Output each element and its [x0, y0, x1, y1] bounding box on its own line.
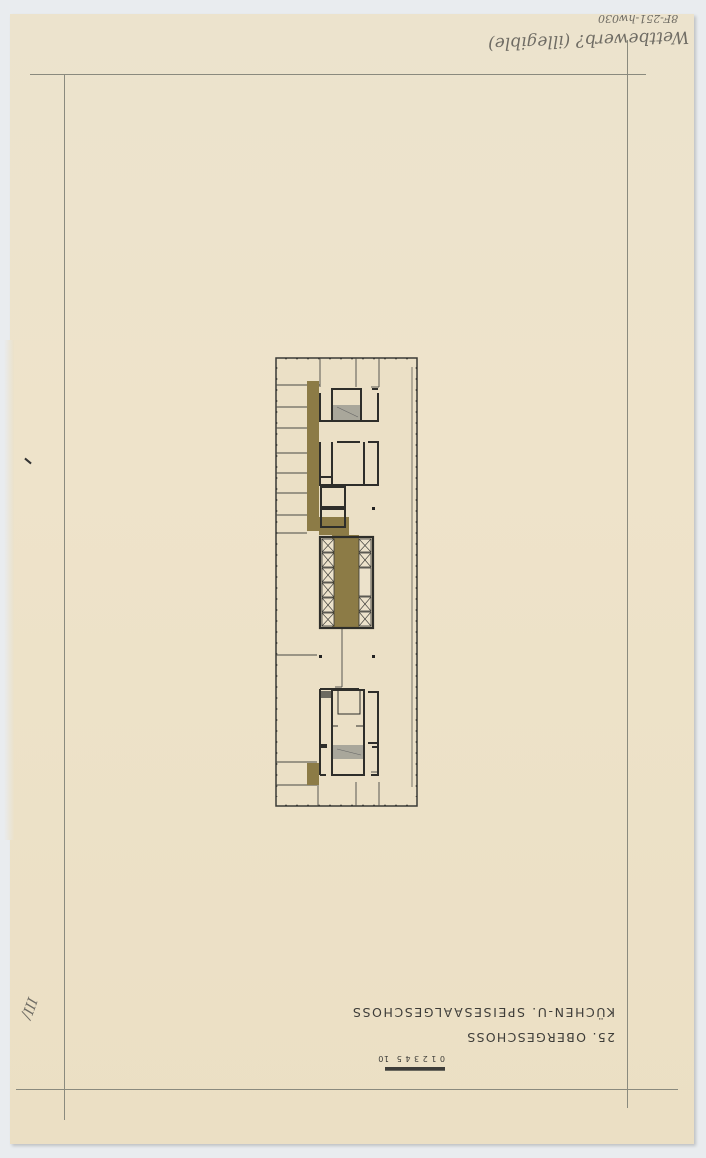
scale-bar-end-label: 10 — [378, 1054, 389, 1063]
title-block: 0 1 2 3 4 5 10 25. OBERGESCHOSS KÜCHEN-U… — [375, 1000, 615, 1075]
frame-line-left — [64, 74, 65, 1120]
scale-bar: 0 1 2 3 4 5 10 — [375, 1045, 445, 1075]
frame-line-bottom — [16, 1089, 678, 1090]
handwritten-archive-number: 8F-251-hw030 — [598, 12, 678, 25]
frame-line-right — [627, 40, 628, 1108]
frame-line-top — [30, 74, 646, 75]
scale-bar-ticks-label: 0 1 2 3 4 5 — [396, 1054, 445, 1063]
floor-title: KÜCHEN-U. SPEISESAALGESCHOSS — [351, 1005, 615, 1020]
floor-plan — [275, 357, 418, 807]
scale-bar-line-thin — [385, 1070, 445, 1071]
floor-subtitle: 25. OBERGESCHOSS — [466, 1030, 615, 1045]
sheet-torn-edge — [4, 340, 14, 840]
